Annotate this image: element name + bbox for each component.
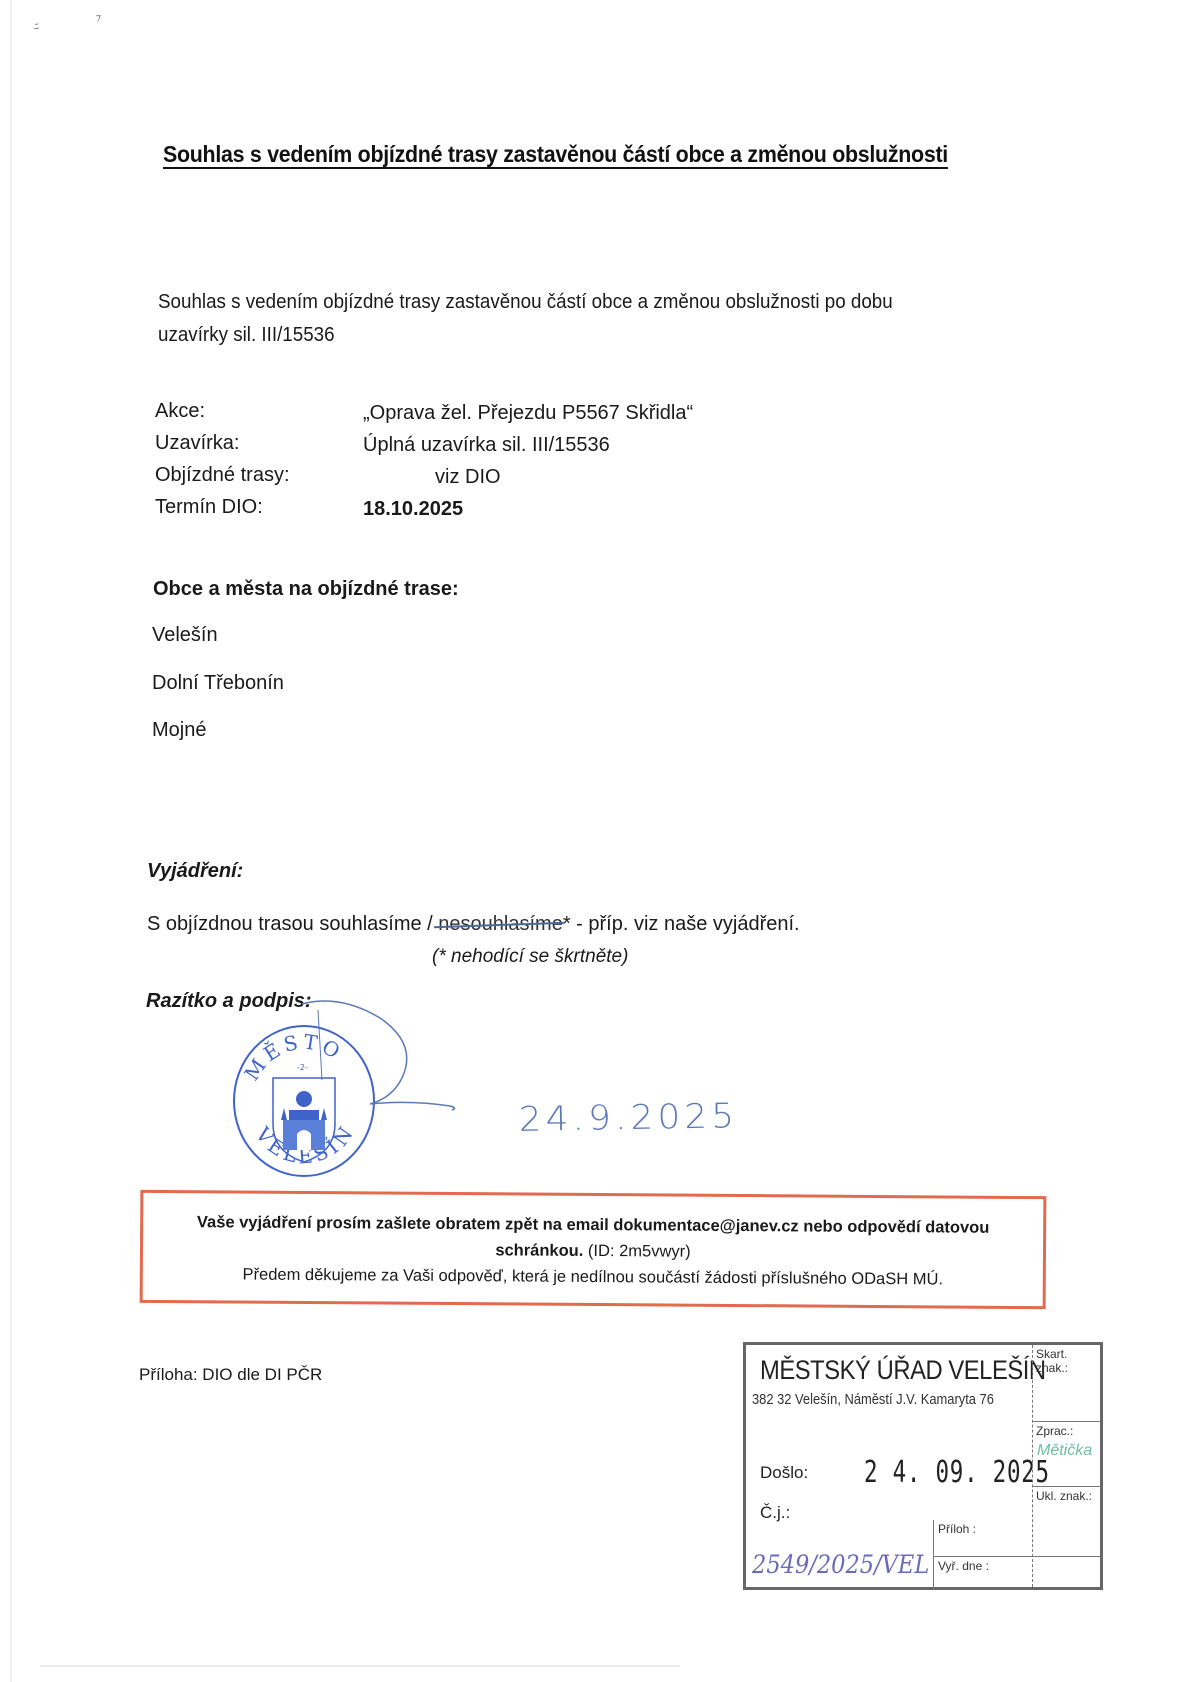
resolved-date-label: Vyř. dne : [938,1559,989,1573]
received-date: 2 4. 09. 2025 [864,1455,1050,1490]
attachments-cell: Příloh : [933,1520,1032,1560]
statement-struck-option: nesouhlasíme [438,913,563,935]
registry-office-name: MĚSTSKÝ ÚŘAD VELEŠÍN [760,1355,1046,1386]
handwritten-date: 24.9.2025 [518,1096,738,1140]
attachment-note: Příloha: DIO dle DI PČR [139,1365,322,1385]
skart-cell: Skart. znak.: [1033,1345,1101,1421]
notice-box: Vaše vyjádření prosím zašlete obratem zp… [140,1190,1047,1309]
statement-note: (* nehodící se škrtněte) [432,946,628,968]
field-label-uzavirka: Uzavírka: [155,432,239,455]
scan-artifact: ﾌ [96,10,101,25]
field-value-uzavirka: Úplná uzavírka sil. III/15536 [363,434,610,457]
registry-office-address: 382 32 Velešín, Náměstí J.V. Kamaryta 76 [752,1391,994,1408]
signature-label: Razítko a podpis: [146,990,312,1013]
received-label: Došlo: [760,1463,808,1483]
field-label-akce: Akce: [155,400,205,423]
attachments-label: Příloh : [938,1522,976,1536]
notice-line-3: Předem děkujeme za Vaši odpověď, která j… [143,1265,1043,1290]
field-value-termin-dio: 18.10.2025 [363,498,463,521]
town-item: Dolní Třebonín [152,672,284,695]
ukl-label: Ukl. znak.: [1036,1489,1092,1503]
registry-stamp: MĚSTSKÝ ÚŘAD VELEŠÍN 382 32 Velešín, Nám… [743,1342,1103,1590]
zprac-cell: Zprac.: Mětička [1033,1421,1101,1486]
reference-number-handwritten: 2549/2025/VEL [752,1550,929,1579]
skart-label: Skart. znak.: [1036,1347,1068,1375]
statement-heading: Vyjádření: [147,860,243,883]
intro-paragraph: Souhlas s vedením objízdné trasy zastavě… [158,286,893,352]
registry-side-column: Skart. znak.: Zprac.: Mětička Ukl. znak.… [1032,1345,1101,1587]
zprac-label: Zprac.: [1036,1424,1073,1438]
field-value-akce: „Oprava žel. Přejezdu P5567 Skřidla“ [363,402,693,425]
intro-line-2: uzavírky sil. III/15536 [158,319,893,352]
reference-label: Č.j.: [760,1503,790,1523]
field-value-objizdne-trasy: viz DIO [435,466,501,489]
statement-line: S objízdnou trasou souhlasíme / nesouhla… [147,913,800,936]
intro-line-1: Souhlas s vedením objízdné trasy zastavě… [158,286,893,319]
scan-edge-left [10,0,12,1682]
scan-edge-bottom [40,1665,680,1667]
document-title: Souhlas s vedením objízdné trasy zastavě… [163,141,948,168]
field-label-termin-dio: Termín DIO: [155,496,263,519]
notice-line-2-rest: (ID: 2m5vwyr) [583,1242,690,1261]
statement-suffix: * - příp. viz naše vyjádření. [563,913,800,935]
scan-artifact: ﾆ [34,18,39,33]
notice-line-2: schránkou. (ID: 2m5vwyr) [143,1239,1043,1264]
field-label-objizdne-trasy: Objízdné trasy: [155,464,290,487]
town-item: Mojné [152,719,206,742]
notice-line-2-bold: schránkou. [495,1241,583,1260]
notice-line-1: Vaše vyjádření prosím zašlete obratem zp… [143,1213,1043,1238]
towns-heading: Obce a města na objízdné trase: [153,578,459,601]
handwritten-signature [300,1000,500,1120]
town-item: Velešín [152,624,218,647]
zprac-handwritten: Mětička [1037,1442,1092,1460]
statement-prefix: S objízdnou trasou souhlasíme / [147,913,433,935]
ukl-cell: Ukl. znak.: [1033,1486,1101,1556]
